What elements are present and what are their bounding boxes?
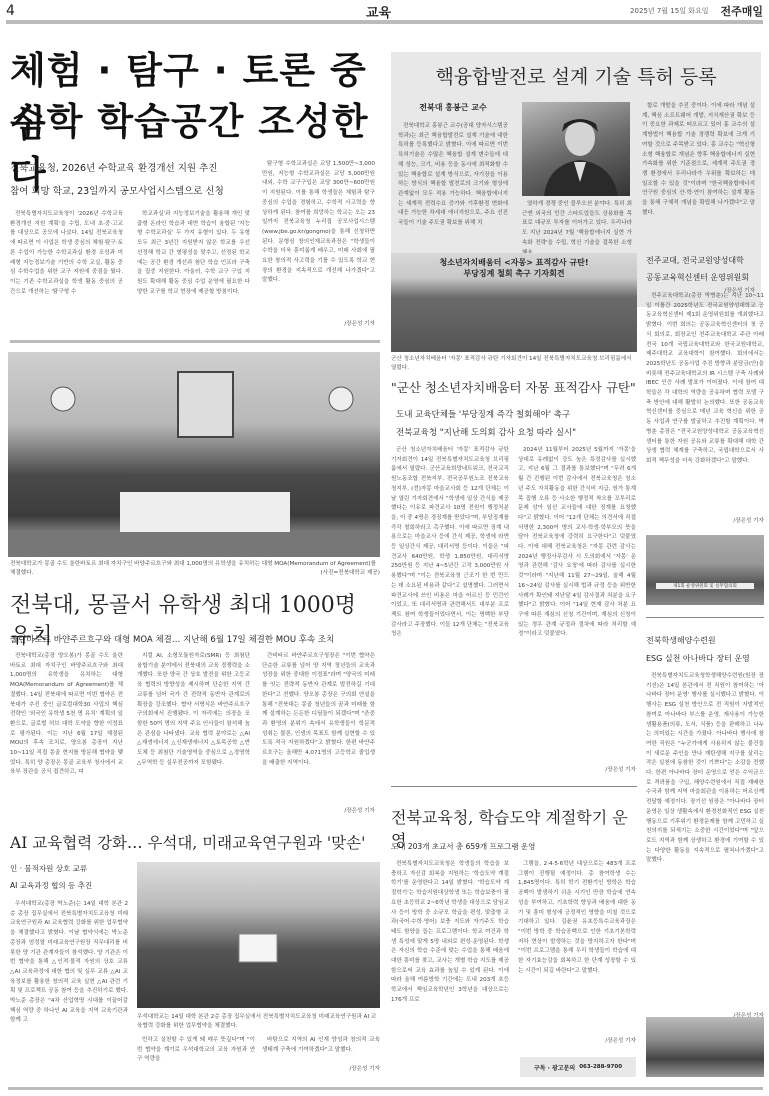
mongolia-signing-photo	[8, 352, 380, 557]
article7-headline: AI 교육협력 강화… 우석대, 미래교육연구원과 '맞손'	[10, 831, 380, 853]
committee-photo: 제1회 운영위원회 및 실무협의회	[646, 535, 764, 605]
header-rule	[6, 20, 763, 24]
article7-byline: /장은성 기자	[262, 1065, 380, 1074]
article4-col2: 2024년 11월부터 2025년 5월까지 '자몽'을 상대로 유례없이 강도…	[518, 446, 636, 764]
article1-subhead2: 참여 희망 학교, 23일까지 공모사업시스템으로 신청	[10, 183, 260, 197]
article3-subhead: 울란바토르 바얀주르흐구와 대형 MOA 체결… 지난해 6월 17일 체결한 …	[10, 633, 380, 645]
article4-col1: 군산 청소년자치배움터 '자몽' 표적감사 규탄 기자회견이 14일 전북특별자…	[391, 446, 509, 774]
article5-headline1: 전주교대, 전국교원양성대학	[646, 255, 764, 266]
portrait-icon	[522, 102, 630, 196]
article8-subhead: 도내 203개 초교서 총 659개 프로그램 운영	[391, 841, 641, 852]
article4-subhead2: 전북교육청 "지난해 도의회 감사 요청 따라 실시"	[396, 426, 636, 438]
divider	[10, 340, 380, 343]
section-title: 교육	[366, 2, 391, 21]
photo-banner-line1: 청소년자치배움터 <자몽> 표적감사 규탄!	[391, 257, 637, 268]
mou-signing-photo	[137, 862, 380, 1008]
article2-subhead: 전북대 홍봉근 교수	[398, 102, 508, 113]
article1-col3: 탐구형 수학교과실은 교당 1,500만~3,000만원, 지능형 수학교과실은…	[262, 160, 375, 320]
article1-col1: 전북특별자치도교육청이 '2026년 수학교육 환경개선 지원 계획'을 수립,…	[10, 210, 123, 328]
press-conference-photo: 청소년자치배움터 <자몽> 표적감사 규탄! 부당징계 철회 촉구 기자회견	[391, 253, 637, 352]
article6-headline1: 전북학생해양수련원	[646, 635, 764, 646]
page-header: 4 교육 2025년 7월 15일 화요일 전주매일	[6, 0, 763, 22]
article3-col1: 전북대학교(총장 양오봉)가 몽골 수도 울란바토르 최대 자치구인 바양주르흐…	[10, 652, 123, 810]
issue-date: 2025년 7월 15일 화요일	[630, 6, 708, 16]
article7-photo-caption: 우석대학교는 14일 대학 본관 2층 총장 집무실에서 전북특별자치도교육청 …	[137, 1013, 380, 1031]
subscription-box: 구독 · 광고문의 063-288-9700	[520, 1057, 636, 1077]
professor-photo	[522, 102, 630, 196]
article4-headline: "군산 청소년자치배움터 자몽 표적감사 규탄"	[391, 378, 641, 396]
article5-byline: /장은성 기자	[646, 517, 764, 526]
article7-col2: 민하고 실천할 수 있게 돼 매우 뜻깊다"며 "이번 협약을 계기로 우석대학…	[137, 1036, 255, 1076]
article1-subhead1: 전북교육청, 2026년 수학교육 환경개선 지원 추진	[10, 160, 260, 174]
subscription-label: 구독 · 광고문의	[534, 1063, 575, 1072]
subscription-phone: 063-288-9700	[579, 1064, 622, 1070]
signing-illustration	[137, 862, 380, 1008]
article4-subhead1: 도내 교육단체들 '부당징계 즉각 철회해야' 촉구	[396, 408, 636, 420]
article3-col2: 지컬 AI, 소형모듈원자로(SMR) 등 최첨단 융합기술 분야에서 전북대의…	[137, 652, 250, 810]
article7-subhead1: 인 · 물적자원 상호 교류	[10, 863, 130, 874]
article8-byline: /장은성 기자	[518, 1037, 636, 1046]
article5-body: 전주교육대학교(총장 박병춘)는 지난 10~11일 이틀간 2025학년도 전…	[646, 292, 764, 517]
article5-headline2: 공동교육혁신센터 운영위원회	[646, 272, 764, 283]
newspaper-brand: 전주매일	[720, 3, 763, 19]
article7-col3: 바탕으로 지역의 AI 인재 양성과 창의적 교육 생태계 구축에 기여하겠다"…	[262, 1036, 380, 1066]
article3-photo-credit: (사진=전북대학교 제공)	[260, 569, 380, 578]
article6-body: 전북특별자치도교육청학생해양수련원(원장 장기선)은 14일 본관에서 전 직원…	[646, 672, 764, 1017]
article7-subhead2: AI 교육과정 협의 등 추진	[10, 880, 130, 891]
page-number: 4	[6, 3, 46, 19]
photo-banner-line2: 부당징계 철회 촉구 기자회견	[391, 268, 637, 279]
committee-banner: 제1회 운영위원회 및 실무협의회	[656, 583, 754, 589]
article8-col2: 그램을, 2·4·5·6학년 대상으로는 483개 프로그램이 진행될 예정이다…	[518, 860, 636, 1030]
article1-byline: /장은성 기자	[262, 320, 375, 329]
footer-rule	[8, 1087, 763, 1090]
article2-headline: 핵융합발전로 설계 기술 특허 등록	[391, 62, 761, 89]
article1-col2: 학교과실'과 지능정보기술을 활용해 개인 맞춤형 온라인 학습과 대면 학습이…	[137, 210, 250, 328]
article4-photo-caption: 군산 청소년자치배움터 '자몽' 표적감사 규탄 기자회견이 14일 전북특별자…	[391, 355, 637, 373]
article8-col1: 전북특별자치도교육청은 학생들의 학습을 보충하고 자신감 회복을 지원하는 '…	[391, 860, 509, 1082]
article7-col1: 우석대학교(총장 박노준)는 14일 대학 본관 2층 총장 집무실에서 전북특…	[10, 900, 128, 1085]
group-photo-illustration	[8, 352, 380, 557]
market-event-photo	[646, 1017, 764, 1077]
article3-byline: /장은성 기자	[262, 807, 375, 816]
divider	[391, 786, 637, 787]
article4-byline: /장은성 기자	[518, 766, 636, 775]
article6-headline2: ESG 실천 아나바다 장터 운영	[646, 653, 764, 664]
article3-col3: 간비타르 바얀주르흐구청장은 "이번 협약은 단순한 교류를 넘어 양 지역 청…	[262, 652, 375, 810]
divider	[646, 617, 764, 618]
